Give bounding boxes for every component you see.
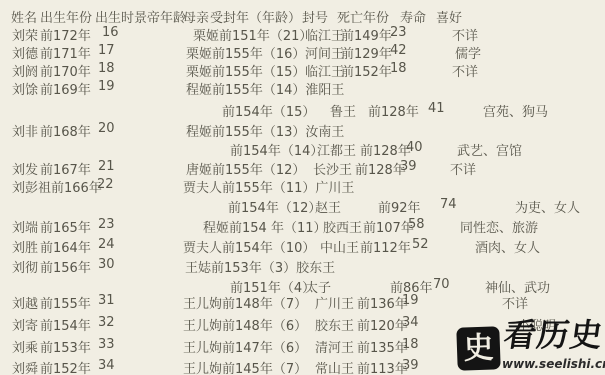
- cell-enfeoff: 前154年（15）: [222, 105, 315, 120]
- cell-age: 31: [98, 293, 115, 308]
- cell-title: 临江王: [305, 25, 344, 44]
- cell-age: 30: [98, 257, 115, 272]
- cell-lifespan: 42: [390, 43, 407, 58]
- cell-title: 赵王: [315, 197, 341, 216]
- cell-birth: 前153年: [40, 337, 91, 356]
- cell-enfeoff: 前155年（12）: [212, 163, 305, 178]
- cell-mother: 唐姬: [186, 163, 212, 178]
- cell-birth: 前152年: [40, 358, 91, 375]
- cell-birth: 前171年: [40, 43, 91, 62]
- cell-hobby: 不详: [450, 159, 476, 178]
- table-subrow: 前151年（4） 太子 前86年 70 神仙、武功: [0, 277, 605, 294]
- cell-age: 24: [98, 237, 115, 252]
- col-header-enfeoff: 受封年（年龄）: [210, 7, 301, 26]
- cell-mother-enfeoff: 贾夫人前154年（10）: [183, 237, 315, 256]
- cell-mother-enfeoff: 程姬前154 年（11）: [203, 217, 327, 236]
- cell-death: 前128年: [355, 159, 406, 178]
- cell-lifespan: 40: [406, 140, 423, 155]
- cell-enfeoff: 前155年（13）: [212, 125, 305, 140]
- table-subrow: 前154年（15） 鲁王 前128年 41 宫苑、狗马: [0, 101, 605, 118]
- table-row: 刘彭祖 前166年 22 贾夫人前155年（11）广川王: [0, 177, 605, 194]
- cell-mother-enfeoff: 王儿姁前145年（7）: [183, 358, 307, 375]
- table-row: 刘越 前155年 31 王儿姁前148年（7） 广川王 前136年 19 不详: [0, 293, 605, 310]
- watermark-brand: 看历史: [502, 318, 605, 353]
- cell-hobby: 不详: [502, 293, 528, 312]
- cell-death: 前128年: [368, 101, 419, 120]
- col-header-hobby: 喜好: [436, 7, 462, 26]
- cell-mother-enfeoff: 王娡前153年（3）胶东王: [185, 257, 335, 276]
- cell-lifespan: 23: [390, 25, 407, 40]
- cell-title: 广川王: [315, 293, 354, 312]
- cell-title: 常山王: [315, 358, 354, 375]
- cell-age: 18: [98, 61, 115, 76]
- cell-death: 前107年: [363, 217, 414, 236]
- cell-name: 刘德: [12, 43, 38, 62]
- cell-mother-enfeoff: 栗姬前151年（21）: [193, 25, 312, 44]
- cell-death: 前135年: [357, 337, 408, 356]
- cell-title: 清河王: [315, 337, 354, 356]
- cell-title: 河间王: [305, 43, 344, 62]
- cell-name: 刘胜: [12, 237, 38, 256]
- table-row: 刘馀 前169年 19 程姬前155年（14）淮阳王: [0, 79, 605, 96]
- cell-name: 刘彻: [12, 257, 38, 276]
- cell-death: 前112年: [360, 237, 411, 256]
- cell-birth: 前155年: [40, 293, 91, 312]
- cell-enfeoff: 前155年（16）: [212, 47, 305, 62]
- cell-name: 刘发: [12, 159, 38, 178]
- cell-age: 17: [98, 43, 115, 58]
- cell-death: 前152年: [341, 61, 392, 80]
- cell-mother-enfeoff: 王儿姁前148年（6）: [183, 315, 307, 334]
- cell-death: 前113年: [357, 358, 408, 375]
- cell-mother: 程姬: [186, 83, 212, 98]
- cell-mother-enfeoff: 王儿姁前147年（6）: [183, 337, 307, 356]
- cell-name: 刘阏: [12, 61, 38, 80]
- cell-title: 广川王: [315, 181, 354, 196]
- col-header-death: 死亡年份: [337, 7, 389, 26]
- table-row: 刘非 前168年 20 程姬前155年（13）汝南王: [0, 121, 605, 138]
- cell-lifespan: 34: [402, 315, 419, 330]
- cell-enfeoff: 前154年（10）: [222, 241, 315, 256]
- watermark-url: www.seelishi.cn: [502, 357, 605, 371]
- col-header-lifespan: 寿命: [400, 7, 426, 26]
- cell-mother: 栗姬: [186, 65, 212, 80]
- cell-birth: 前166年: [51, 177, 102, 196]
- cell-title: 江都王: [317, 140, 356, 159]
- cell-birth: 前167年: [40, 159, 91, 178]
- cell-title: 长沙王: [313, 159, 352, 178]
- cell-enfeoff: 前155年（14）: [212, 83, 305, 98]
- cell-title: 汝南王: [305, 125, 344, 140]
- cell-name: 刘越: [12, 293, 38, 312]
- cell-age: 19: [98, 79, 115, 94]
- col-header-title: 封号: [302, 7, 328, 26]
- cell-birth: 前156年: [40, 257, 91, 276]
- cell-age: 21: [98, 159, 115, 174]
- cell-mother-enfeoff: 栗姬前155年（15）: [186, 61, 305, 80]
- cell-enfeoff: 前147年（6）: [222, 341, 307, 356]
- cell-mother-enfeoff: 前154年（14）: [230, 140, 323, 159]
- header-row: 姓名 出生年份 出生时景帝年龄 母亲 受封年（年龄） 封号 死亡年份 寿命 喜好: [0, 7, 605, 24]
- cell-age: 32: [98, 315, 115, 330]
- table-row: 刘端 前165年 23 程姬前154 年（11） 胶西王 前107年 58 同性…: [0, 217, 605, 234]
- cell-title: 临江王: [305, 61, 344, 80]
- cell-lifespan: 19: [402, 293, 419, 308]
- cell-mother-enfeoff: 栗姬前155年（16）: [186, 43, 305, 62]
- cell-name: 刘馀: [12, 79, 38, 98]
- cell-birth: 前168年: [40, 121, 91, 140]
- cell-name: 刘荣: [12, 25, 38, 44]
- cell-age: 23: [98, 217, 115, 232]
- cell-hobby: 宫苑、狗马: [483, 101, 548, 120]
- cell-title: 胶东王: [296, 261, 335, 276]
- table-subrow: 前154年（14） 江都王 前128年 40 武艺、宫馆: [0, 140, 605, 157]
- cell-mother-enfeoff: 唐姬前155年（12）: [186, 159, 305, 178]
- cell-mother: 王儿姁: [183, 297, 222, 312]
- cell-lifespan: 74: [440, 197, 457, 212]
- table-subrow: 前154年（12） 赵王 前92年 74 为吏、女人: [0, 197, 605, 214]
- cell-enfeoff: 前155年（15）: [212, 65, 305, 80]
- cell-mother-enfeoff: 程姬前155年（13）汝南王: [186, 121, 344, 140]
- cell-mother: 贾夫人: [183, 241, 222, 256]
- cell-mother: 程姬: [186, 125, 212, 140]
- cell-age: 20: [98, 121, 115, 136]
- cell-hobby: 同性恋、旅游: [460, 217, 538, 236]
- cell-age: 16: [102, 25, 119, 40]
- seal-character: 史: [463, 333, 494, 364]
- cell-title: 胶西王: [323, 217, 362, 236]
- cell-name: 刘彭祖: [12, 177, 51, 196]
- cell-death: 前149年: [341, 25, 392, 44]
- cell-mother: 王儿姁: [183, 362, 222, 375]
- cell-enfeoff: 前154 年（11）: [229, 221, 327, 236]
- cell-birth: 前154年: [40, 315, 91, 334]
- cell-enfeoff: 前154年（14）: [230, 144, 323, 159]
- cell-hobby: 儒学: [455, 43, 481, 62]
- cell-death: 前120年: [357, 315, 408, 334]
- cell-enfeoff: 前145年（7）: [222, 362, 307, 375]
- cell-mother: 栗姬: [193, 29, 219, 44]
- cell-name: 刘非: [12, 121, 38, 140]
- history-seal-icon: 史: [456, 326, 500, 370]
- cell-enfeoff: 前154年（12）: [228, 201, 321, 216]
- cell-title: 中山王: [320, 237, 359, 256]
- col-header-age: 出生时景帝年龄: [95, 7, 186, 26]
- cell-mother: 王儿姁: [183, 319, 222, 334]
- cell-birth: 前164年: [40, 237, 91, 256]
- cell-death: 前129年: [341, 43, 392, 62]
- cell-mother: 王娡: [185, 261, 211, 276]
- table-row: 刘阏 前170年 18 栗姬前155年（15） 临江王 前152年 18 不详: [0, 61, 605, 78]
- cell-mother-enfeoff: 前154年（15）: [222, 101, 315, 120]
- cell-age: 34: [98, 358, 115, 373]
- cell-lifespan: 58: [408, 217, 425, 232]
- cell-name: 刘舜: [12, 358, 38, 375]
- cell-mother: 贾夫人: [183, 181, 222, 196]
- cell-lifespan: 41: [428, 101, 445, 116]
- cell-name: 刘乘: [12, 337, 38, 356]
- cell-enfeoff: 前155年（11）: [222, 181, 315, 196]
- cell-mother: 程姬: [203, 221, 229, 236]
- cell-lifespan: 70: [433, 277, 450, 292]
- cell-lifespan: 52: [412, 237, 429, 252]
- cell-name: 刘端: [12, 217, 38, 236]
- cell-hobby: 不详: [452, 61, 478, 80]
- cell-enfeoff: 前148年（7）: [222, 297, 307, 312]
- table-row: 刘胜 前164年 24 贾夫人前154年（10） 中山王 前112年 52 酒肉…: [0, 237, 605, 254]
- cell-enfeoff: 前151年（21）: [219, 29, 312, 44]
- cell-age: 33: [98, 337, 115, 352]
- cell-mother-enfeoff: 贾夫人前155年（11）广川王: [183, 177, 354, 196]
- cell-lifespan: 39: [400, 159, 417, 174]
- col-header-name: 姓名: [11, 7, 37, 26]
- cell-death: 前136年: [357, 293, 408, 312]
- cell-title: 鲁王: [330, 101, 356, 120]
- cell-birth: 前165年: [40, 217, 91, 236]
- table-row: 刘彻 前156年 30 王娡前153年（3）胶东王: [0, 257, 605, 274]
- cell-mother-enfeoff: 前154年（12）: [228, 197, 321, 216]
- cell-mother-enfeoff: 王儿姁前148年（7）: [183, 293, 307, 312]
- col-header-birth: 出生年份: [40, 7, 92, 26]
- cell-birth: 前172年: [40, 25, 91, 44]
- cell-birth: 前170年: [40, 61, 91, 80]
- col-header-mother: 母亲: [183, 7, 209, 26]
- cell-mother: 栗姬: [186, 47, 212, 62]
- cell-mother: 王儿姁: [183, 341, 222, 356]
- table-row: 刘荣 前172年 16 栗姬前151年（21） 临江王 前149年 23 不详: [0, 25, 605, 42]
- cell-enfeoff: 前148年（6）: [222, 319, 307, 334]
- cell-name: 刘寄: [12, 315, 38, 334]
- cell-hobby: 酒肉、女人: [475, 237, 540, 256]
- cell-age: 22: [97, 177, 114, 192]
- cell-mother-enfeoff: 程姬前155年（14）淮阳王: [186, 79, 344, 98]
- cell-birth: 前169年: [40, 79, 91, 98]
- cell-death: 前128年: [360, 140, 411, 159]
- cell-hobby: 为吏、女人: [515, 197, 580, 216]
- cell-hobby: 不详: [452, 25, 478, 44]
- cell-title: 淮阳王: [305, 83, 344, 98]
- cell-lifespan: 18: [402, 337, 419, 352]
- cell-death: 前92年: [378, 197, 421, 216]
- table-row: 刘德 前171年 17 栗姬前155年（16） 河间王 前129年 42 儒学: [0, 43, 605, 60]
- cell-title: 胶东王: [315, 315, 354, 334]
- table-row: 刘发 前167年 21 唐姬前155年（12） 长沙王 前128年 39 不详: [0, 159, 605, 176]
- cell-lifespan: 18: [390, 61, 407, 76]
- cell-enfeoff: 前153年（3）: [211, 261, 296, 276]
- cell-hobby: 武艺、宫馆: [457, 140, 522, 159]
- watermark: 史 看历史 www.seelishi.cn: [455, 318, 605, 375]
- cell-lifespan: 39: [402, 358, 419, 373]
